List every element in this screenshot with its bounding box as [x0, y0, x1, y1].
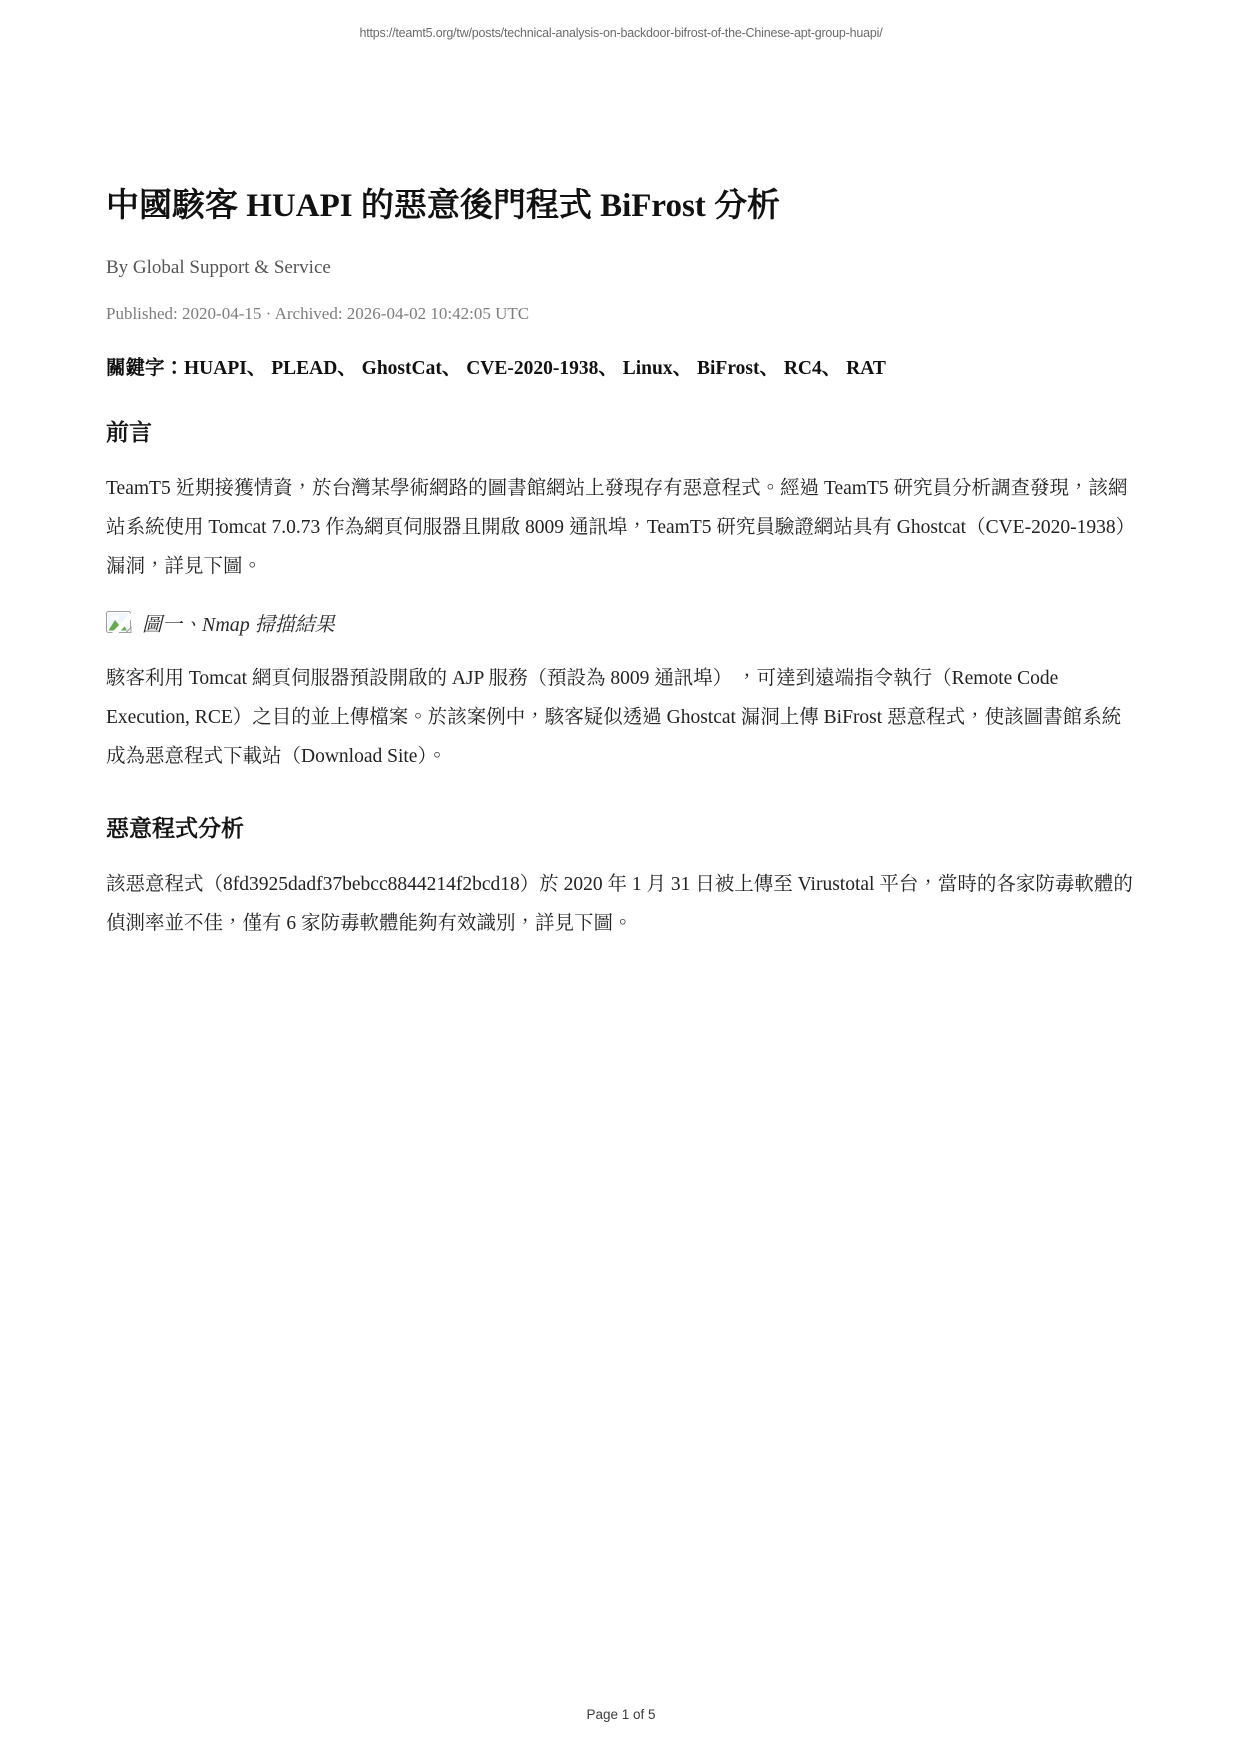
malware-analysis-paragraph: 該惡意程式（8fd3925dadf37bebcc8844214f2bcd18）於…: [106, 865, 1136, 943]
broken-image-icon: [106, 611, 133, 635]
article-byline: By Global Support & Service: [106, 257, 1136, 279]
intro-paragraph-2: 駭客利用 Tomcat 網頁伺服器預設開啟的 AJP 服務（預設為 8009 通…: [106, 659, 1136, 776]
article-title: 中國駭客 HUAPI 的惡意後門程式 BiFrost 分析: [106, 186, 1136, 227]
figure-1-caption-text: 圖一、Nmap 掃描結果: [142, 608, 335, 637]
page-number-indicator: Page 1 of 5: [0, 1707, 1242, 1722]
section-heading-intro: 前言: [106, 414, 1136, 447]
figure-1-caption: 圖一、Nmap 掃描結果: [106, 608, 1136, 637]
keywords-line: 關鍵字：HUAPI、 PLEAD、 GhostCat、 CVE-2020-193…: [106, 352, 1136, 380]
printed-article-page: https://teamt5.org/tw/posts/technical-an…: [0, 0, 1242, 1756]
published-archived-line: Published: 2020-04-15 · Archived: 2026-0…: [106, 304, 1136, 324]
section-heading-malware-analysis: 惡意程式分析: [106, 810, 1136, 843]
intro-paragraph: TeamT5 近期接獲情資，於台灣某學術網路的圖書館網站上發現存有惡意程式。經過…: [106, 469, 1136, 586]
article-content: 中國駭客 HUAPI 的惡意後門程式 BiFrost 分析 By Global …: [106, 0, 1136, 943]
